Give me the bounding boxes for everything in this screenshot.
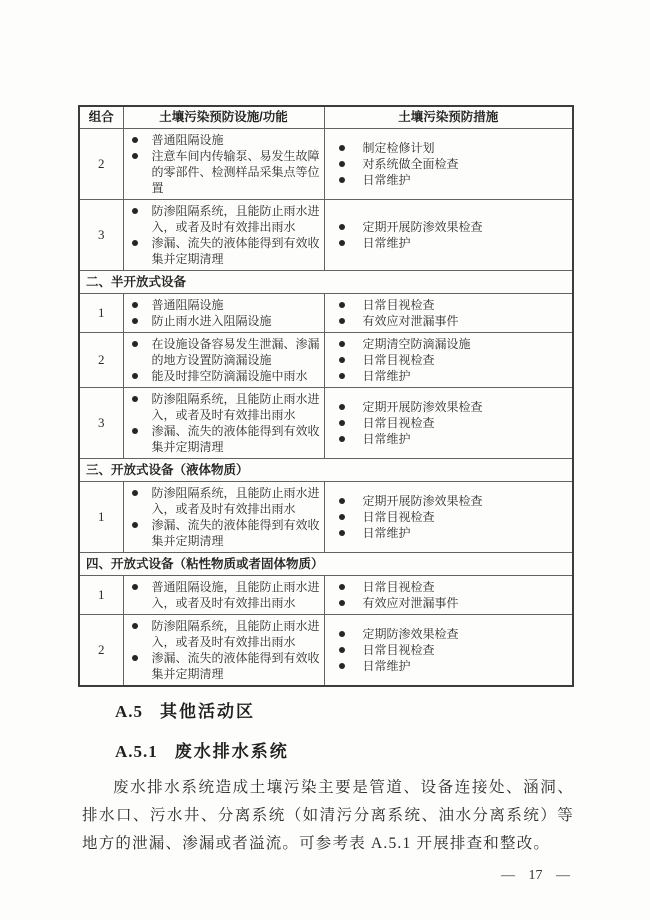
bullet-text: 在设施设备容易发生泄漏、渗漏的地方设置防滴漏设施 xyxy=(152,336,320,368)
bullet-text: 渗漏、流失的液体能得到有效收集并定期清理 xyxy=(152,517,320,549)
bullet-icon xyxy=(132,490,138,496)
bullet-icon xyxy=(132,208,138,214)
bullet-item: 定期开展防渗效果检查 xyxy=(325,493,573,509)
bullet-text: 对系统做全面检查 xyxy=(363,156,569,172)
facilities-cell: 防渗阻隔系统，且能防止雨水进入，或者及时有效排出雨水渗漏、流失的液体能得到有效收… xyxy=(123,481,324,552)
bullet-item: 渗漏、流失的液体能得到有效收集并定期清理 xyxy=(124,235,324,267)
measures-cell: 定期开展防渗效果检查日常目视检查日常维护 xyxy=(324,387,573,458)
bullet-item: 防渗阻隔系统，且能防止雨水进入，或者及时有效排出雨水 xyxy=(124,618,324,650)
bullet-icon xyxy=(339,600,345,606)
bullet-text: 定期开展防渗效果检查 xyxy=(363,219,569,235)
facilities-cell: 防渗阻隔系统，且能防止雨水进入，或者及时有效排出雨水渗漏、流失的液体能得到有效收… xyxy=(123,199,324,270)
bullet-item: 日常维护 xyxy=(325,431,573,447)
bullet-icon xyxy=(132,240,138,246)
bullet-item: 日常目视检查 xyxy=(325,297,573,313)
bullet-item: 普通阻隔设施，且能防止雨水进入，或者及时有效排出雨水 xyxy=(124,579,324,611)
bullet-item: 日常目视检查 xyxy=(325,415,573,431)
heading-title: 废水排水系统 xyxy=(175,742,289,761)
header-measures: 土壤污染预防措施 xyxy=(324,106,573,128)
bullet-text: 渗漏、流失的液体能得到有效收集并定期清理 xyxy=(152,650,320,682)
section-title: 四、开放式设备（粘性物质或者固体物质） xyxy=(79,552,573,575)
bullet-icon xyxy=(132,137,138,143)
bullet-text: 防渗阻隔系统，且能防止雨水进入，或者及时有效排出雨水 xyxy=(152,391,320,423)
bullet-text: 定期防渗效果检查 xyxy=(363,626,569,642)
bullet-item: 防止雨水进入阻隔设施 xyxy=(124,313,324,329)
bullet-text: 渗漏、流失的液体能得到有效收集并定期清理 xyxy=(152,423,320,455)
bullet-icon xyxy=(132,302,138,308)
bullet-icon xyxy=(339,240,345,246)
bullet-item: 防渗阻隔系统，且能防止雨水进入，或者及时有效排出雨水 xyxy=(124,203,324,235)
bullet-item: 日常维护 xyxy=(325,368,573,384)
combination-number: 1 xyxy=(79,575,123,614)
bullet-item: 日常目视检查 xyxy=(325,352,573,368)
combination-number: 3 xyxy=(79,387,123,458)
heading-number: A.5 xyxy=(115,702,143,721)
bullet-text: 日常目视检查 xyxy=(363,297,569,313)
facilities-cell: 普通阻隔设施，且能防止雨水进入，或者及时有效排出雨水 xyxy=(123,575,324,614)
bullet-text: 有效应对泄漏事件 xyxy=(363,595,569,611)
combination-number: 2 xyxy=(79,332,123,387)
bullet-item: 有效应对泄漏事件 xyxy=(325,313,573,329)
bullet-icon xyxy=(132,396,138,402)
bullet-icon xyxy=(339,647,345,653)
combination-number: 2 xyxy=(79,614,123,686)
bullet-text: 日常维护 xyxy=(363,658,569,674)
subsection-heading-a51: A.5.1废水排水系统 xyxy=(115,737,572,762)
prevention-table: 组合 土壤污染预防设施/功能 土壤污染预防措施 2普通阻隔设施注意车间内传输泵、… xyxy=(78,105,574,687)
heading-title: 其他活动区 xyxy=(160,702,255,721)
section-title: 二、半开放式设备 xyxy=(79,270,573,293)
section-title: 三、开放式设备（液体物质） xyxy=(79,458,573,481)
bullet-text: 日常维护 xyxy=(363,368,569,384)
bullet-item: 防渗阻隔系统，且能防止雨水进入，或者及时有效排出雨水 xyxy=(124,485,324,517)
measures-cell: 制定检修计划对系统做全面检查日常维护 xyxy=(324,128,573,199)
bullet-item: 渗漏、流失的液体能得到有效收集并定期清理 xyxy=(124,650,324,682)
bullet-icon xyxy=(339,318,345,324)
bullet-icon xyxy=(132,373,138,379)
bullet-text: 日常目视检查 xyxy=(363,415,569,431)
bullet-text: 日常维护 xyxy=(363,431,569,447)
bullet-text: 能及时排空防滴漏设施中雨水 xyxy=(152,368,320,384)
bullet-item: 定期清空防滴漏设施 xyxy=(325,336,573,352)
bullet-item: 对系统做全面检查 xyxy=(325,156,573,172)
bullet-item: 日常维护 xyxy=(325,235,573,251)
bullet-icon xyxy=(132,623,138,629)
bullet-item: 日常维护 xyxy=(325,172,573,188)
bullet-item: 注意车间内传输泵、易发生故障的零部件、检测样品采集点等位置 xyxy=(124,148,324,196)
document-page: 组合 土壤污染预防设施/功能 土壤污染预防措施 2普通阻隔设施注意车间内传输泵、… xyxy=(0,0,650,920)
section-header-row: 三、开放式设备（液体物质） xyxy=(79,458,573,481)
bullet-icon xyxy=(339,436,345,442)
measures-cell: 定期开展防渗效果检查日常目视检查日常维护 xyxy=(324,481,573,552)
combination-number: 1 xyxy=(79,481,123,552)
table-body: 2普通阻隔设施注意车间内传输泵、易发生故障的零部件、检测样品采集点等位置制定检修… xyxy=(79,128,573,686)
section-heading-a5: A.5其他活动区 xyxy=(115,697,572,722)
bullet-text: 日常维护 xyxy=(363,172,569,188)
bullet-text: 定期开展防渗效果检查 xyxy=(363,399,569,415)
bullet-item: 普通阻隔设施 xyxy=(124,132,324,148)
header-combination: 组合 xyxy=(79,106,123,128)
bullet-item: 定期开展防渗效果检查 xyxy=(325,219,573,235)
bullet-icon xyxy=(339,145,345,151)
page-number: — 17 — xyxy=(78,868,572,884)
table-row: 2在设施设备容易发生泄漏、渗漏的地方设置防滴漏设施能及时排空防滴漏设施中雨水定期… xyxy=(79,332,573,387)
facilities-cell: 普通阻隔设施防止雨水进入阻隔设施 xyxy=(123,293,324,332)
bullet-icon xyxy=(339,224,345,230)
bullet-icon xyxy=(339,357,345,363)
bullet-text: 普通阻隔设施，且能防止雨水进入，或者及时有效排出雨水 xyxy=(152,579,320,611)
combination-number: 1 xyxy=(79,293,123,332)
combination-number: 2 xyxy=(79,128,123,199)
table-row: 3防渗阻隔系统，且能防止雨水进入，或者及时有效排出雨水渗漏、流失的液体能得到有效… xyxy=(79,387,573,458)
body-paragraph: 废水排水系统造成土壤污染主要是管道、设备连接处、涵洞、排水口、污水井、分离系统（… xyxy=(82,774,574,858)
bullet-item: 日常维护 xyxy=(325,525,573,541)
bullet-text: 防渗阻隔系统，且能防止雨水进入，或者及时有效排出雨水 xyxy=(152,618,320,650)
bullet-icon xyxy=(132,584,138,590)
table-row: 1普通阻隔设施防止雨水进入阻隔设施日常目视检查有效应对泄漏事件 xyxy=(79,293,573,332)
bullet-item: 定期开展防渗效果检查 xyxy=(325,399,573,415)
table-row: 3防渗阻隔系统，且能防止雨水进入，或者及时有效排出雨水渗漏、流失的液体能得到有效… xyxy=(79,199,573,270)
section-header-row: 四、开放式设备（粘性物质或者固体物质） xyxy=(79,552,573,575)
bullet-text: 注意车间内传输泵、易发生故障的零部件、检测样品采集点等位置 xyxy=(152,148,320,196)
bullet-text: 制定检修计划 xyxy=(363,140,569,156)
measures-cell: 定期清空防滴漏设施日常目视检查日常维护 xyxy=(324,332,573,387)
bullet-text: 定期开展防渗效果检查 xyxy=(363,493,569,509)
bullet-text: 日常目视检查 xyxy=(363,509,569,525)
bullet-icon xyxy=(339,663,345,669)
bullet-icon xyxy=(339,161,345,167)
bullet-item: 有效应对泄漏事件 xyxy=(325,595,573,611)
table-row: 2防渗阻隔系统，且能防止雨水进入，或者及时有效排出雨水渗漏、流失的液体能得到有效… xyxy=(79,614,573,686)
bullet-icon xyxy=(339,530,345,536)
bullet-item: 能及时排空防滴漏设施中雨水 xyxy=(124,368,324,384)
bullet-icon xyxy=(339,631,345,637)
facilities-cell: 在设施设备容易发生泄漏、渗漏的地方设置防滴漏设施能及时排空防滴漏设施中雨水 xyxy=(123,332,324,387)
bullet-text: 防止雨水进入阻隔设施 xyxy=(152,313,320,329)
bullet-icon xyxy=(132,318,138,324)
bullet-text: 日常目视检查 xyxy=(363,579,569,595)
bullet-item: 定期防渗效果检查 xyxy=(325,626,573,642)
bullet-icon xyxy=(339,341,345,347)
bullet-text: 防渗阻隔系统，且能防止雨水进入，或者及时有效排出雨水 xyxy=(152,485,320,517)
bullet-item: 渗漏、流失的液体能得到有效收集并定期清理 xyxy=(124,517,324,549)
table-row: 1防渗阻隔系统，且能防止雨水进入，或者及时有效排出雨水渗漏、流失的液体能得到有效… xyxy=(79,481,573,552)
bullet-item: 日常维护 xyxy=(325,658,573,674)
bullet-item: 防渗阻隔系统，且能防止雨水进入，或者及时有效排出雨水 xyxy=(124,391,324,423)
facilities-cell: 防渗阻隔系统，且能防止雨水进入，或者及时有效排出雨水渗漏、流失的液体能得到有效收… xyxy=(123,614,324,686)
bullet-icon xyxy=(339,302,345,308)
bullet-icon xyxy=(132,655,138,661)
combination-number: 3 xyxy=(79,199,123,270)
bullet-text: 防渗阻隔系统，且能防止雨水进入，或者及时有效排出雨水 xyxy=(152,203,320,235)
bullet-item: 日常目视检查 xyxy=(325,509,573,525)
header-facilities: 土壤污染预防设施/功能 xyxy=(123,106,324,128)
content-area: 组合 土壤污染预防设施/功能 土壤污染预防措施 2普通阻隔设施注意车间内传输泵、… xyxy=(78,105,572,884)
bullet-item: 普通阻隔设施 xyxy=(124,297,324,313)
facilities-cell: 普通阻隔设施注意车间内传输泵、易发生故障的零部件、检测样品采集点等位置 xyxy=(123,128,324,199)
bullet-text: 日常维护 xyxy=(363,525,569,541)
table-row: 2普通阻隔设施注意车间内传输泵、易发生故障的零部件、检测样品采集点等位置制定检修… xyxy=(79,128,573,199)
section-header-row: 二、半开放式设备 xyxy=(79,270,573,293)
measures-cell: 定期开展防渗效果检查日常维护 xyxy=(324,199,573,270)
bullet-icon xyxy=(339,498,345,504)
measures-cell: 日常目视检查有效应对泄漏事件 xyxy=(324,293,573,332)
bullet-icon xyxy=(339,404,345,410)
bullet-item: 日常目视检查 xyxy=(325,579,573,595)
bullet-icon xyxy=(132,153,138,159)
bullet-text: 有效应对泄漏事件 xyxy=(363,313,569,329)
bullet-icon xyxy=(339,420,345,426)
bullet-item: 渗漏、流失的液体能得到有效收集并定期清理 xyxy=(124,423,324,455)
bullet-icon xyxy=(132,428,138,434)
heading-number: A.5.1 xyxy=(115,742,158,761)
bullet-text: 渗漏、流失的液体能得到有效收集并定期清理 xyxy=(152,235,320,267)
bullet-text: 普通阻隔设施 xyxy=(152,297,320,313)
table-row: 1普通阻隔设施，且能防止雨水进入，或者及时有效排出雨水日常目视检查有效应对泄漏事… xyxy=(79,575,573,614)
measures-cell: 定期防渗效果检查日常目视检查日常维护 xyxy=(324,614,573,686)
bullet-icon xyxy=(339,514,345,520)
bullet-icon xyxy=(339,177,345,183)
bullet-icon xyxy=(339,584,345,590)
facilities-cell: 防渗阻隔系统，且能防止雨水进入，或者及时有效排出雨水渗漏、流失的液体能得到有效收… xyxy=(123,387,324,458)
bullet-text: 日常维护 xyxy=(363,235,569,251)
table-header-row: 组合 土壤污染预防设施/功能 土壤污染预防措施 xyxy=(79,106,573,128)
bullet-item: 制定检修计划 xyxy=(325,140,573,156)
table-head: 组合 土壤污染预防设施/功能 土壤污染预防措施 xyxy=(79,106,573,128)
bullet-icon xyxy=(132,341,138,347)
bullet-item: 日常目视检查 xyxy=(325,642,573,658)
bullet-item: 在设施设备容易发生泄漏、渗漏的地方设置防滴漏设施 xyxy=(124,336,324,368)
bullet-icon xyxy=(339,373,345,379)
bullet-text: 日常目视检查 xyxy=(363,352,569,368)
bullet-text: 普通阻隔设施 xyxy=(152,132,320,148)
measures-cell: 日常目视检查有效应对泄漏事件 xyxy=(324,575,573,614)
bullet-text: 日常目视检查 xyxy=(363,642,569,658)
bullet-icon xyxy=(132,522,138,528)
bullet-text: 定期清空防滴漏设施 xyxy=(363,336,569,352)
